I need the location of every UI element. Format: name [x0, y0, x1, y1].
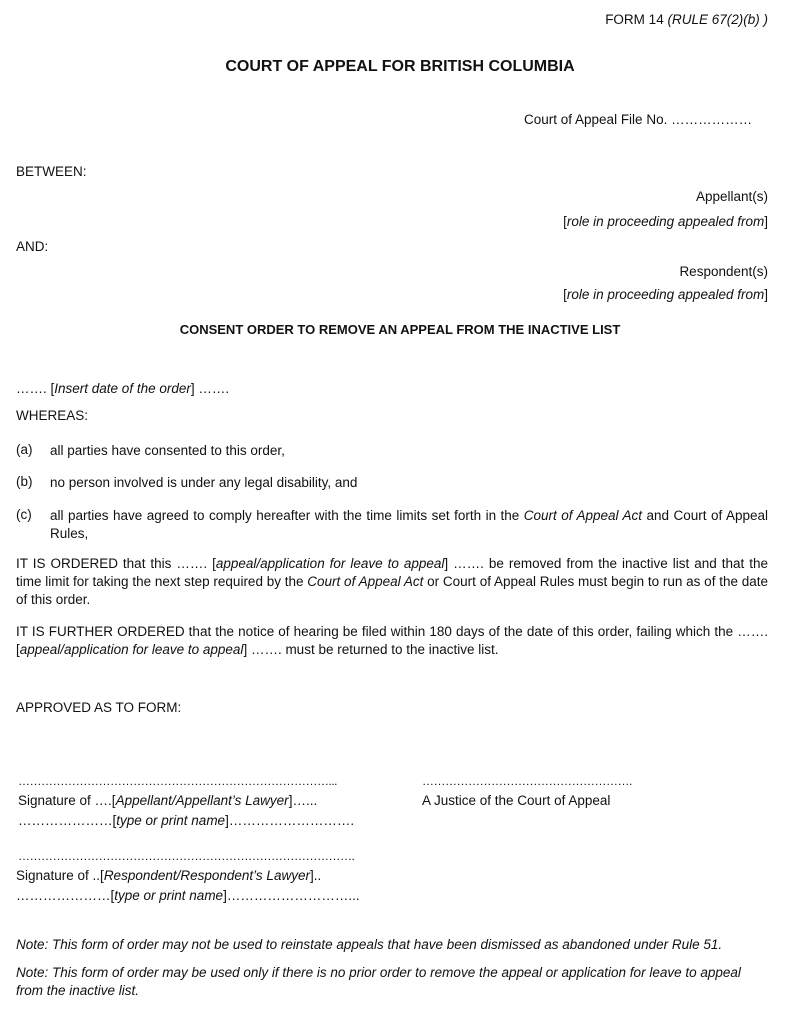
respondent-role: [role in proceeding appealed from]: [563, 287, 768, 302]
appellant-label: Appellant(s): [696, 189, 768, 204]
p2-c: ] ……. must be returned to the inactive l…: [243, 642, 498, 657]
date-placeholder: Insert date of the order: [54, 381, 191, 396]
appellant-name-pre: …………………[: [18, 813, 116, 828]
respondent-label: Respondent(s): [679, 264, 768, 279]
form-number: FORM 14 (RULE 67(2)(b) ): [605, 12, 768, 27]
whereas-b-label: (b): [16, 474, 33, 489]
whereas-c-label: (c): [16, 507, 32, 522]
p2-b: appeal/application for leave to appeal: [20, 642, 244, 657]
file-number: Court of Appeal File No. ………………: [524, 112, 752, 127]
appellant-signature-label: Signature of ….[Appellant/Appellant’s La…: [18, 793, 317, 808]
respondent-name-post: ]………………………...: [223, 888, 360, 903]
between-label: BETWEEN:: [16, 164, 87, 179]
justice-signature-line: ……………………………………………….: [422, 774, 632, 788]
date-prefix: ……. [: [16, 381, 54, 396]
appellant-role: [role in proceeding appealed from]: [563, 214, 768, 229]
appellant-role-text: role in proceeding appealed from: [567, 214, 764, 229]
whereas-a-text: all parties have consented to this order…: [50, 442, 768, 460]
respondent-name-pre: …………………[: [16, 888, 114, 903]
appellant-sig-pre: Signature of ….[: [18, 793, 116, 808]
court-title: COURT OF APPEAL FOR BRITISH COLUMBIA: [0, 58, 800, 76]
approved-heading: APPROVED AS TO FORM:: [16, 700, 181, 715]
respondent-name-italic: type or print name: [114, 888, 223, 903]
respondent-signature-line: …………………………………………………………………………….: [18, 849, 354, 863]
ordered-paragraph: IT IS ORDERED that this ……. [appeal/appl…: [16, 555, 768, 609]
whereas-heading: WHEREAS:: [16, 408, 88, 423]
p1-d: Court of Appeal Act: [307, 574, 423, 589]
appellant-print-name: …………………[type or print name]……………………….: [18, 813, 354, 828]
appellant-signature-line: ………………………………………………………………………...: [18, 774, 337, 788]
whereas-c-text: all parties have agreed to comply hereaf…: [50, 507, 768, 543]
respondent-sig-post: ]..: [310, 868, 321, 883]
appellant-name-post: ]……………………….: [225, 813, 354, 828]
respondent-role-text: role in proceeding appealed from: [567, 287, 764, 302]
respondent-print-name: …………………[type or print name]………………………...: [16, 888, 360, 903]
further-ordered-paragraph: IT IS FURTHER ORDERED that the notice of…: [16, 623, 768, 659]
and-label: AND:: [16, 239, 48, 254]
note-1: Note: This form of order may not be used…: [16, 936, 768, 954]
appellant-sig-post: ]…...: [289, 793, 318, 808]
whereas-c-pre: all parties have agreed to comply hereaf…: [50, 508, 524, 523]
whereas-c-italic: Court of Appeal Act: [524, 508, 642, 523]
appellant-name-italic: type or print name: [116, 813, 225, 828]
form-rule: (RULE 67(2)(b) ): [667, 12, 768, 27]
respondent-sig-pre: Signature of ..[: [16, 868, 104, 883]
respondent-signature-label: Signature of ..[Respondent/Respondent’s …: [16, 868, 321, 883]
p1-a: IT IS ORDERED that this ……. [: [16, 556, 216, 571]
appellant-sig-italic: Appellant/Appellant’s Lawyer: [116, 793, 289, 808]
note-2: Note: This form of order may be used onl…: [16, 964, 768, 1000]
form-number-text: FORM 14: [605, 12, 664, 27]
whereas-b-text: no person involved is under any legal di…: [50, 474, 768, 492]
justice-signature-label: A Justice of the Court of Appeal: [422, 793, 610, 808]
date-line: ……. [Insert date of the order] …….: [16, 381, 229, 396]
order-title: CONSENT ORDER TO REMOVE AN APPEAL FROM T…: [0, 322, 800, 337]
date-suffix: ] …….: [191, 381, 229, 396]
whereas-a-label: (a): [16, 442, 33, 457]
p1-b: appeal/application for leave to appeal: [216, 556, 445, 571]
respondent-sig-italic: Respondent/Respondent’s Lawyer: [104, 868, 310, 883]
